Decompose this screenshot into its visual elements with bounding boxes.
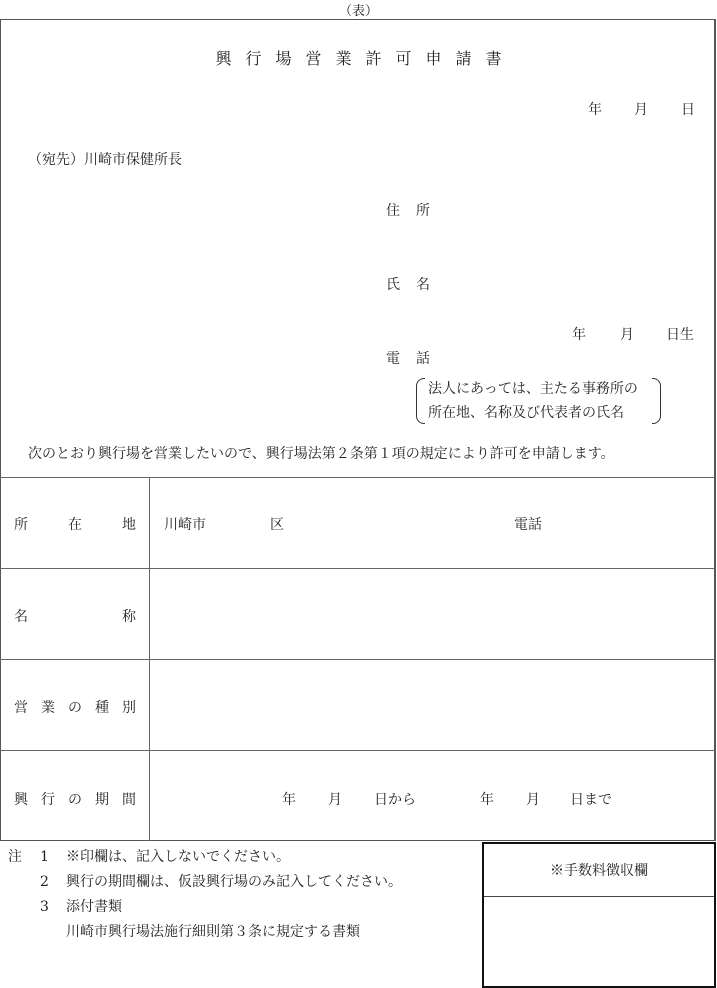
phone-label-1: 電	[386, 348, 400, 368]
period-from-year[interactable]: 年	[282, 789, 296, 809]
note-num-1: 1	[40, 845, 49, 870]
note-text-1: ※印欄は、記入しないでください。	[66, 845, 290, 870]
field-business-type[interactable]	[150, 660, 716, 750]
form-title: 興行場営業許可申請書	[0, 46, 717, 69]
label-location: 所 在 地	[14, 514, 136, 534]
phone-label-2: 話	[416, 348, 430, 368]
field-city[interactable]: 川崎市	[164, 514, 206, 534]
address-label-2: 所	[416, 200, 430, 220]
birth-day: 日生	[666, 324, 694, 344]
column-divider	[149, 477, 150, 841]
period-to-month[interactable]: 月	[526, 789, 540, 809]
birth-year: 年	[572, 324, 586, 344]
period-to-day[interactable]: 日まで	[570, 789, 612, 809]
label-name: 名 称	[14, 606, 136, 626]
note-text-3: 添付書類	[66, 895, 122, 920]
field-location-phone[interactable]: 電話	[514, 514, 542, 534]
table-top-border	[0, 477, 716, 478]
date-day: 日	[681, 99, 695, 119]
field-facility-name[interactable]	[150, 569, 716, 659]
note-num-3: 3	[40, 895, 49, 920]
left-bracket	[416, 378, 425, 424]
date-year: 年	[588, 99, 602, 119]
label-period: 興 行 の 期 間	[14, 789, 136, 809]
fee-collection-area	[484, 897, 714, 987]
corporate-note-line2: 所在地、名称及び代表者の氏名	[428, 402, 624, 422]
note-text-4: 川崎市興行場法施行細則第３条に規定する書類	[66, 920, 360, 945]
note-num-2: 2	[40, 870, 49, 895]
fee-collection-label: ※手数料徴収欄	[484, 844, 714, 897]
row-divider	[0, 750, 716, 751]
period-from-day[interactable]: 日から	[374, 789, 416, 809]
name-label-1: 氏	[386, 274, 400, 294]
corporate-note-line1: 法人にあっては、主たる事務所の	[428, 378, 638, 398]
statement: 次のとおり興行場を営業したいので、興行場法第２条第１項の規定により許可を申請しま…	[28, 443, 615, 463]
note-text-2: 興行の期間欄は、仮設興行場のみ記入してください。	[66, 870, 402, 895]
field-ward[interactable]: 区	[270, 514, 284, 534]
period-from-month[interactable]: 月	[328, 789, 342, 809]
label-business-type: 営 業 の 種 別	[14, 697, 136, 717]
address-label-1: 住	[386, 200, 400, 220]
name-label-2: 名	[416, 274, 430, 294]
right-bracket	[652, 378, 661, 424]
date-month: 月	[634, 99, 648, 119]
notes-prefix: 注	[8, 845, 22, 870]
addressee: （宛先）川崎市保健所長	[28, 149, 182, 169]
page-label: （表）	[0, 0, 717, 19]
period-to-year[interactable]: 年	[480, 789, 494, 809]
birth-month: 月	[620, 324, 634, 344]
fee-collection-box: ※手数料徴収欄	[482, 842, 716, 988]
